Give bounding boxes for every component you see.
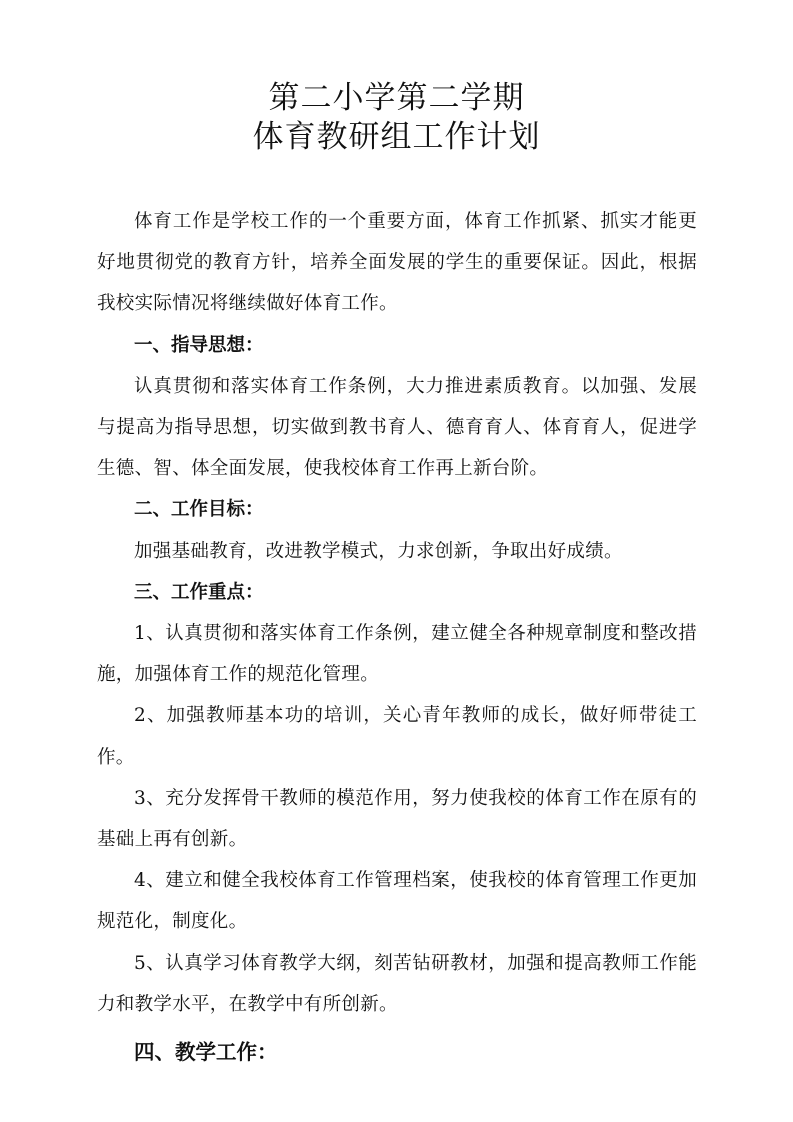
section-heading-guiding-ideology: 一、指导思想： [97, 325, 697, 366]
section-heading-teaching-work: 四、教学工作： [97, 1029, 697, 1075]
work-focus-item-5: 5、认真学习体育教学大纲，刻苦钻研教材，加强和提高教师工作能力和教学水平，在教学… [97, 943, 697, 1025]
paragraph-work-goals: 加强基础教育，改进教学模式，力求创新，争取出好成绩。 [97, 531, 697, 572]
section-heading-work-goals: 二、工作目标： [97, 489, 697, 530]
work-focus-item-4: 4、建立和健全我校体育工作管理档案，使我校的体育管理工作更加规范化，制度化。 [97, 860, 697, 942]
document-body: 体育工作是学校工作的一个重要方面，体育工作抓紧、抓实才能更好地贯彻党的教育方针，… [97, 201, 697, 1096]
document-page: 第二小学第二学期 体育教研组工作计划 体育工作是学校工作的一个重要方面，体育工作… [0, 0, 793, 1122]
work-focus-item-2: 2、加强教师基本功的培训，关心青年教师的成长，做好师带徒工作。 [97, 695, 697, 777]
document-title-line1: 第二小学第二学期 [0, 78, 793, 118]
work-focus-item-1: 1、认真贯彻和落实体育工作条例，建立健全各种规章制度和整改措施，加强体育工作的规… [97, 613, 697, 695]
paragraph-guiding-ideology: 认真贯彻和落实体育工作条例，大力推进素质教育。以加强、发展与提高为指导思想，切实… [97, 366, 697, 490]
work-focus-item-3: 3、充分发挥骨干教师的模范作用，努力使我校的体育工作在原有的基础上再有创新。 [97, 778, 697, 860]
section-heading-work-focus: 三、工作重点： [97, 572, 697, 613]
intro-paragraph: 体育工作是学校工作的一个重要方面，体育工作抓紧、抓实才能更好地贯彻党的教育方针，… [97, 201, 697, 325]
document-title-line2: 体育教研组工作计划 [0, 117, 793, 157]
